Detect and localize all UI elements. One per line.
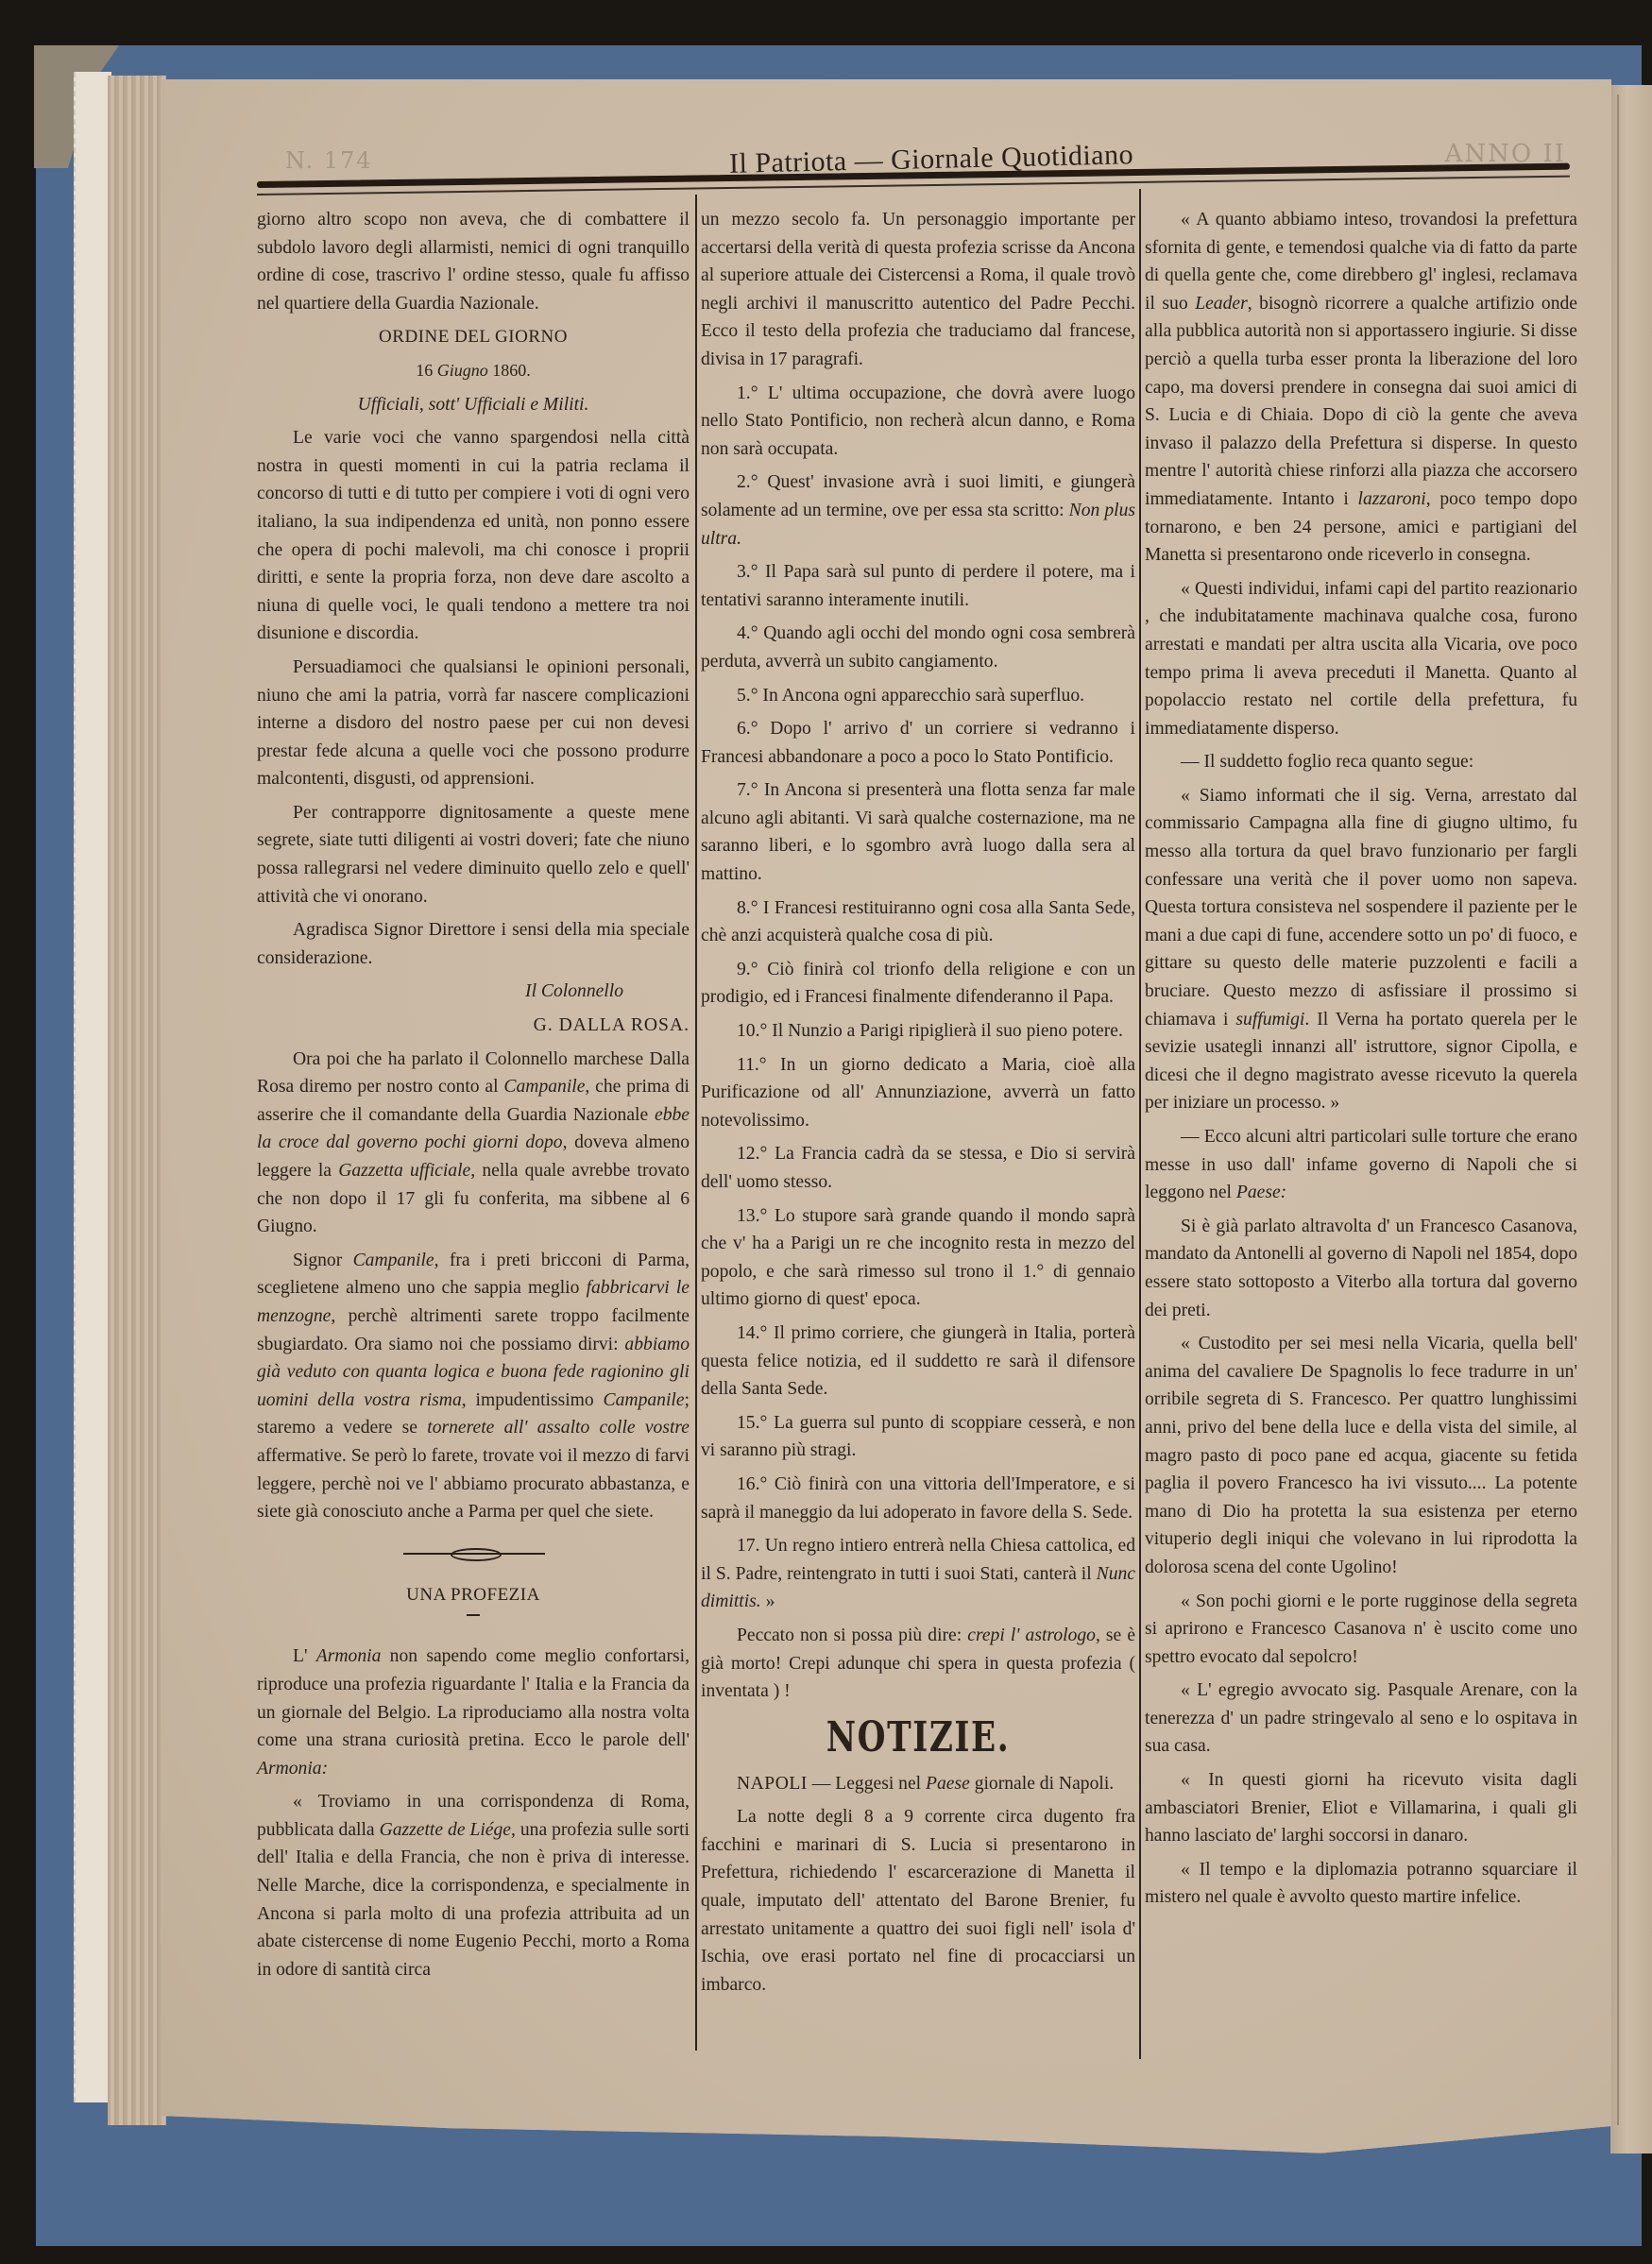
order-date: 16 Giugno 1860. <box>257 357 690 385</box>
intro-paragraph: giorno altro scopo non aveva, che di com… <box>257 206 690 317</box>
prophecy-item: 4.° Quando agli occhi del mondo ogni cos… <box>701 620 1135 675</box>
closing-paragraph: Peccato non si possa più dire: crepi l' … <box>701 1622 1135 1706</box>
prophecy-item: 1.° L' ultima occupazione, che dovrà ave… <box>701 380 1135 464</box>
news-paragraph: « A quanto abbiamo inteso, trovandosi la… <box>1145 206 1577 570</box>
ornamental-divider <box>257 1547 690 1560</box>
order-paragraph: Agradisca Signor Direttore i sensi della… <box>257 916 690 972</box>
short-rule <box>467 1614 480 1616</box>
order-paragraph: Per contrapporre dignitosamente a queste… <box>257 799 690 911</box>
prophecy-item: 10.° Il Nunzio a Parigi ripiglierà il su… <box>701 1017 1135 1046</box>
profezia-quote: « Troviamo in una corrispondenza di Roma… <box>257 1788 690 1983</box>
news-paragraph: « L' egregio avvocato sig. Pasquale Aren… <box>1145 1677 1577 1761</box>
continuation-paragraph: un mezzo secolo fa. Un personaggio impor… <box>701 206 1135 374</box>
prophecy-item: 17. Un regno intiero entrerà nella Chies… <box>701 1532 1135 1616</box>
news-paragraph: « In questi giorni ha ricevuto visita da… <box>1145 1766 1577 1850</box>
gutter-line <box>1617 94 1619 2125</box>
campanile-paragraph: Signor Campanile, fra i preti bricconi d… <box>257 1247 690 1526</box>
column-divider-2 <box>1139 189 1141 2059</box>
prophecy-item: 9.° Ciò finirà col trionfo della religio… <box>701 956 1135 1012</box>
prophecy-item: 11.° In un giorno dedicato a Maria, cioè… <box>701 1051 1135 1135</box>
news-paragraph: — Ecco alcuni altri particolari sulle to… <box>1145 1123 1577 1207</box>
news-paragraph: « Siamo informati che il sig. Verna, arr… <box>1145 782 1577 1117</box>
signature-title: Il Colonnello <box>257 978 690 1006</box>
profezia-intro: L' Armonia non sapendo come meglio confo… <box>257 1643 690 1782</box>
napoli-paragraph: La notte degli 8 a 9 corrente circa duge… <box>701 1803 1135 1999</box>
order-paragraph: Le varie voci che vanno spargendosi nell… <box>257 424 690 648</box>
commentary-paragraph: Ora poi che ha parlato il Colonnello mar… <box>257 1046 690 1241</box>
news-paragraph: « Questi individui, infami capi del part… <box>1145 575 1577 743</box>
page-stack-edge <box>108 76 166 2125</box>
column-2: un mezzo secolo fa. Un personaggio impor… <box>701 206 1135 2004</box>
prophecy-item: 2.° Quest' invasione avrà i suoi limiti,… <box>701 468 1135 553</box>
notizie-heading: NOTIZIE. <box>749 1711 1088 1764</box>
page-number: N. 174 <box>285 147 373 174</box>
signature-name: G. DALLA ROSA. <box>257 1012 690 1040</box>
column-divider-1 <box>695 195 697 2051</box>
date-day: 16 <box>416 361 433 380</box>
order-paragraph: Persuadiamoci che qualsiansi le opinioni… <box>257 654 690 793</box>
prophecy-item: 14.° Il primo corriere, che giungerà in … <box>701 1319 1135 1404</box>
prophecy-item: 7.° In Ancona si presenterà una flotta s… <box>701 776 1135 888</box>
column-3: « A quanto abbiamo inteso, trovandosi la… <box>1145 206 1577 1917</box>
prophecy-item: 15.° La guerra sul punto di scoppiare ce… <box>701 1409 1135 1465</box>
prophecy-item: 6.° Dopo l' arrivo d' un corriere si ved… <box>701 715 1135 771</box>
news-paragraph: — Il suddetto foglio reca quanto segue: <box>1145 748 1577 776</box>
order-salutation: Ufficiali, sott' Ufficiali e Militi. <box>257 391 690 419</box>
prophecy-item: 8.° I Francesi restituiranno ogni cosa a… <box>701 894 1135 950</box>
profezia-heading: UNA PROFEZIA <box>257 1581 690 1609</box>
news-paragraph: « Son pochi giorni e le porte rugginose … <box>1145 1588 1577 1672</box>
news-paragraph: Si è già parlato altravolta d' un France… <box>1145 1213 1577 1324</box>
column-1: giorno altro scopo non aveva, che di com… <box>257 206 690 1989</box>
white-page-edge <box>74 72 111 2102</box>
prophecy-item: 13.° Lo stupore sarà grande quando il mo… <box>701 1202 1135 1314</box>
news-paragraph: « Custodito per sei mesi nella Vicaria, … <box>1145 1330 1577 1581</box>
prophecy-item: 16.° Ciò finirà con una vittoria dell'Im… <box>701 1471 1135 1526</box>
news-paragraph: « Il tempo e la diplomazia potranno squa… <box>1145 1856 1577 1912</box>
napoli-lead: NAPOLI — Leggesi nel Paese giornale di N… <box>701 1770 1135 1798</box>
date-month: Giugno <box>437 361 488 380</box>
prophecy-item: 12.° La Francia cadrà da se stessa, e Di… <box>701 1140 1135 1196</box>
prophecy-item: 5.° In Ancona ogni apparecchio sarà supe… <box>701 682 1135 710</box>
order-heading: ORDINE DEL GIORNO <box>257 323 690 351</box>
prophecy-item: 3.° Il Papa sarà sul punto di perdere il… <box>701 558 1135 614</box>
date-year: 1860. <box>492 361 531 380</box>
